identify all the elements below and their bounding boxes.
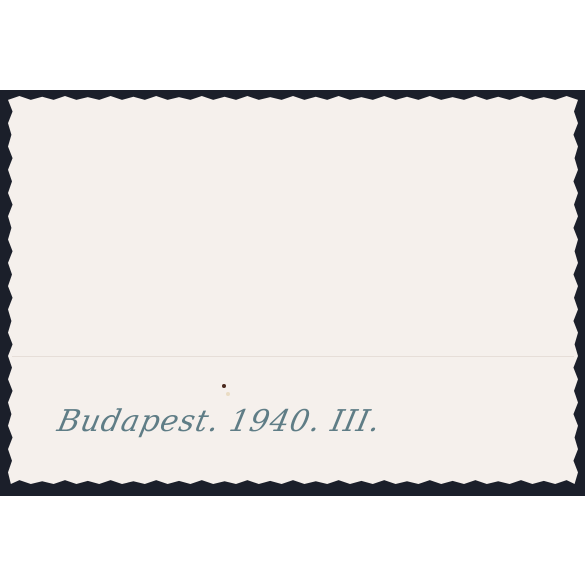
handwritten-inscription: Budapest. 1940. III. <box>54 404 384 439</box>
stain-spot-faint <box>226 392 230 396</box>
fold-line <box>12 356 574 357</box>
stain-spot <box>222 384 226 388</box>
